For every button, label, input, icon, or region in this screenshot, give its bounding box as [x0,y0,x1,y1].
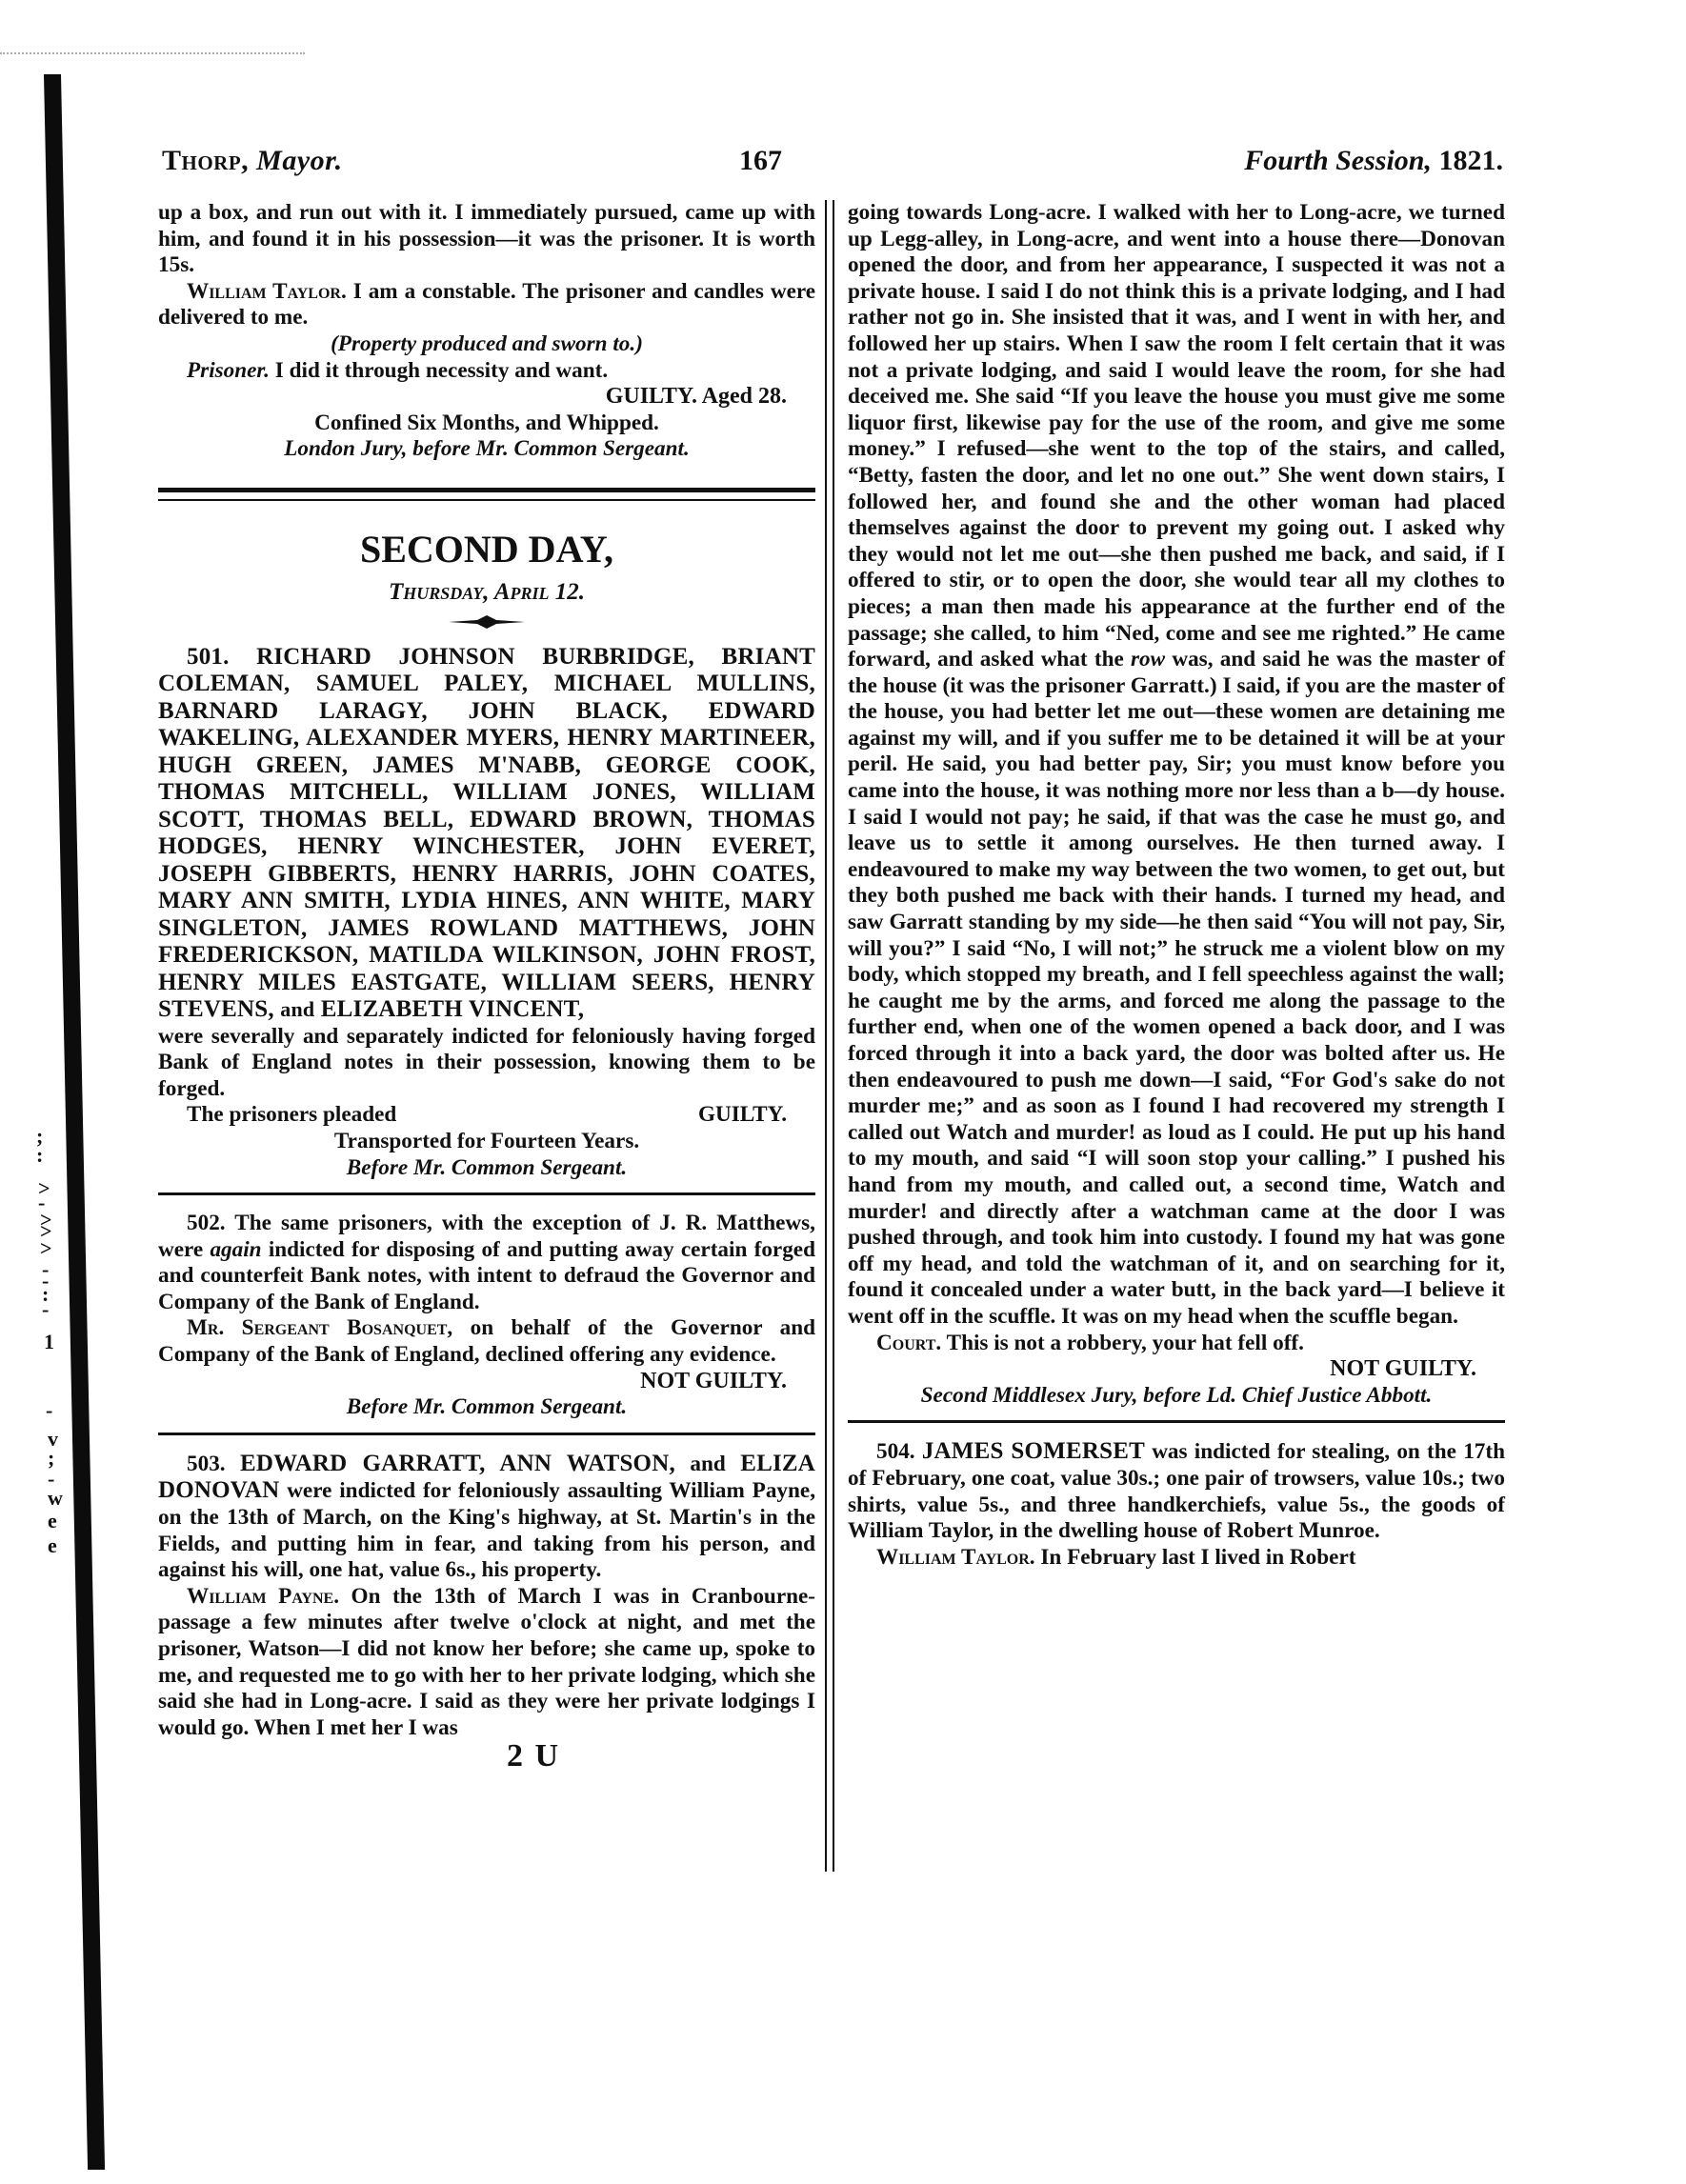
testimony-continued: going towards Long-acre. I walked with h… [848,200,1505,1331]
conjunction: and [690,1452,725,1476]
margin-mark: - [46,1398,52,1423]
judge-line: Before Mr. Common Sergeant. [158,1155,815,1182]
verdict: NOT GUILTY. [158,1369,815,1395]
defendant-names: RICHARD JOHNSON BURBRIDGE, BRIANT COLEMA… [158,644,815,1023]
margin-mark: 1 [44,1330,54,1354]
prisoner-text: I did it through necessity and want. [275,358,608,383]
witness-name: William Taylor. [187,279,347,304]
witness-statement: William Payne. On the 13th of March I wa… [158,1584,815,1742]
sentence: Confined Six Months, and Whipped. [158,411,815,437]
session-year: 1821. [1439,145,1504,176]
testimony-text: was, and said he was the master of the h… [848,647,1505,1329]
court-note: (Property produced and sworn to.) [158,331,815,358]
session-label: Fourth Session, [1244,145,1432,176]
ornament-diamond-icon [449,615,525,629]
court-statement: Court. This is not a robbery, your hat f… [848,1331,1505,1357]
running-head: Thorp, Mayor. 167 Fourth Session, 1821. [162,145,1503,183]
emphasis-word: row [1131,647,1165,671]
testimony-text: going towards Long-acre. I walked with h… [848,200,1505,671]
judge-line: Before Mr. Common Sergeant. [158,1394,815,1421]
page-number: 167 [739,145,782,177]
counsel-statement: Mr. Sergeant Bosanquet, on behalf of the… [158,1315,815,1368]
witness-name: William Payne. [187,1584,339,1609]
court-text: This is not a robbery, your hat fell off… [947,1331,1304,1355]
verdict: GUILTY. [670,1102,787,1129]
testimony-paragraph: up a box, and run out with it. I immedia… [158,200,815,279]
margin-mark: : [36,1143,43,1168]
day-title: SECOND DAY, [158,528,815,571]
day-heading: SECOND DAY, Thursday, April 12. [158,528,815,629]
conjunction: and [280,997,314,1021]
court-label: Court. [876,1331,941,1355]
case-502: 502. The same prisoners, with the except… [158,1211,815,1421]
verdict: NOT GUILTY. [848,1356,1505,1383]
emphasis-word: again [210,1237,261,1262]
case-500-tail: up a box, and run out with it. I immedia… [158,200,815,463]
defendant-name-last: ELIZABETH VINCENT, [321,996,584,1022]
margin-mark: e [48,1533,57,1558]
case-504: 504. JAMES SOMERSET was indicted for ste… [848,1438,1505,1571]
margin-mark: w [48,1486,63,1511]
case-501-defendants: 501. RICHARD JOHNSON BURBRIDGE, BRIANT C… [158,644,815,1024]
mayor-title: Mayor. [256,145,343,176]
case-divider-rule [848,1420,1505,1423]
case-503-continued: going towards Long-acre. I walked with h… [848,200,1505,1409]
column-divider [825,200,834,1872]
witness-statement: William Taylor. I am a constable. The pr… [158,279,815,331]
case-number: 503. [187,1452,226,1476]
verdict: GUILTY. Aged 28. [158,384,815,411]
mayor-name: Thorp, [162,145,249,176]
case-divider-rule [158,1192,815,1195]
plea-line: The prisoners pleaded GUILTY. [158,1102,815,1129]
section-double-rule [158,488,815,501]
case-divider-rule [158,1433,815,1435]
day-date: Thursday, April 12. [158,579,815,606]
jury-line: Second Middlesex Jury, before Ld. Chief … [848,1383,1505,1410]
case-502-text: 502. The same prisoners, with the except… [158,1211,815,1315]
scan-noise [0,52,305,73]
counsel-name: Mr. Sergeant Bosanquet, [187,1315,452,1340]
prisoner-statement: Prisoner. I did it through necessity and… [158,358,815,385]
margin-mark: - [42,1297,49,1322]
right-column: going towards Long-acre. I walked with h… [848,200,1505,1571]
case-503: 503. EDWARD GARRATT, ANN WATSON, and ELI… [158,1451,815,1742]
sentence: Transported for Fourteen Years. [158,1129,815,1155]
plea-text: The prisoners pleaded [158,1102,396,1129]
prisoner-label: Prisoner. [187,358,270,383]
running-head-session: Fourth Session, 1821. [1244,145,1503,177]
case-number: 502. [187,1211,226,1235]
defendant-name: JAMES SOMERSET [922,1438,1145,1464]
witness-text: In February last I lived in Robert [1040,1545,1355,1570]
margin-bleedthrough-marks: ; : > - > > > - - : - 1 - v ; - w e e [36,1124,84,2153]
case-504-text: 504. JAMES SOMERSET was indicted for ste… [848,1438,1505,1544]
case-number: 501. [187,644,230,670]
charge-text: were severally and separately indicted f… [158,1024,815,1103]
defendant-names: EDWARD GARRATT, ANN WATSON, [240,1451,675,1476]
running-head-mayor: Thorp, Mayor. [162,145,343,177]
case-501: 501. RICHARD JOHNSON BURBRIDGE, BRIANT C… [158,644,815,1182]
jury-line: London Jury, before Mr. Common Sergeant. [158,436,815,463]
signature-mark: 2 U [158,1743,815,1770]
witness-statement: William Taylor. In February last I lived… [848,1545,1505,1572]
witness-name: William Taylor. [876,1545,1035,1570]
case-503-text: 503. EDWARD GARRATT, ANN WATSON, and ELI… [158,1451,815,1584]
margin-mark: e [48,1509,57,1533]
left-column: up a box, and run out with it. I immedia… [158,200,815,1770]
case-number: 504. [876,1439,915,1464]
